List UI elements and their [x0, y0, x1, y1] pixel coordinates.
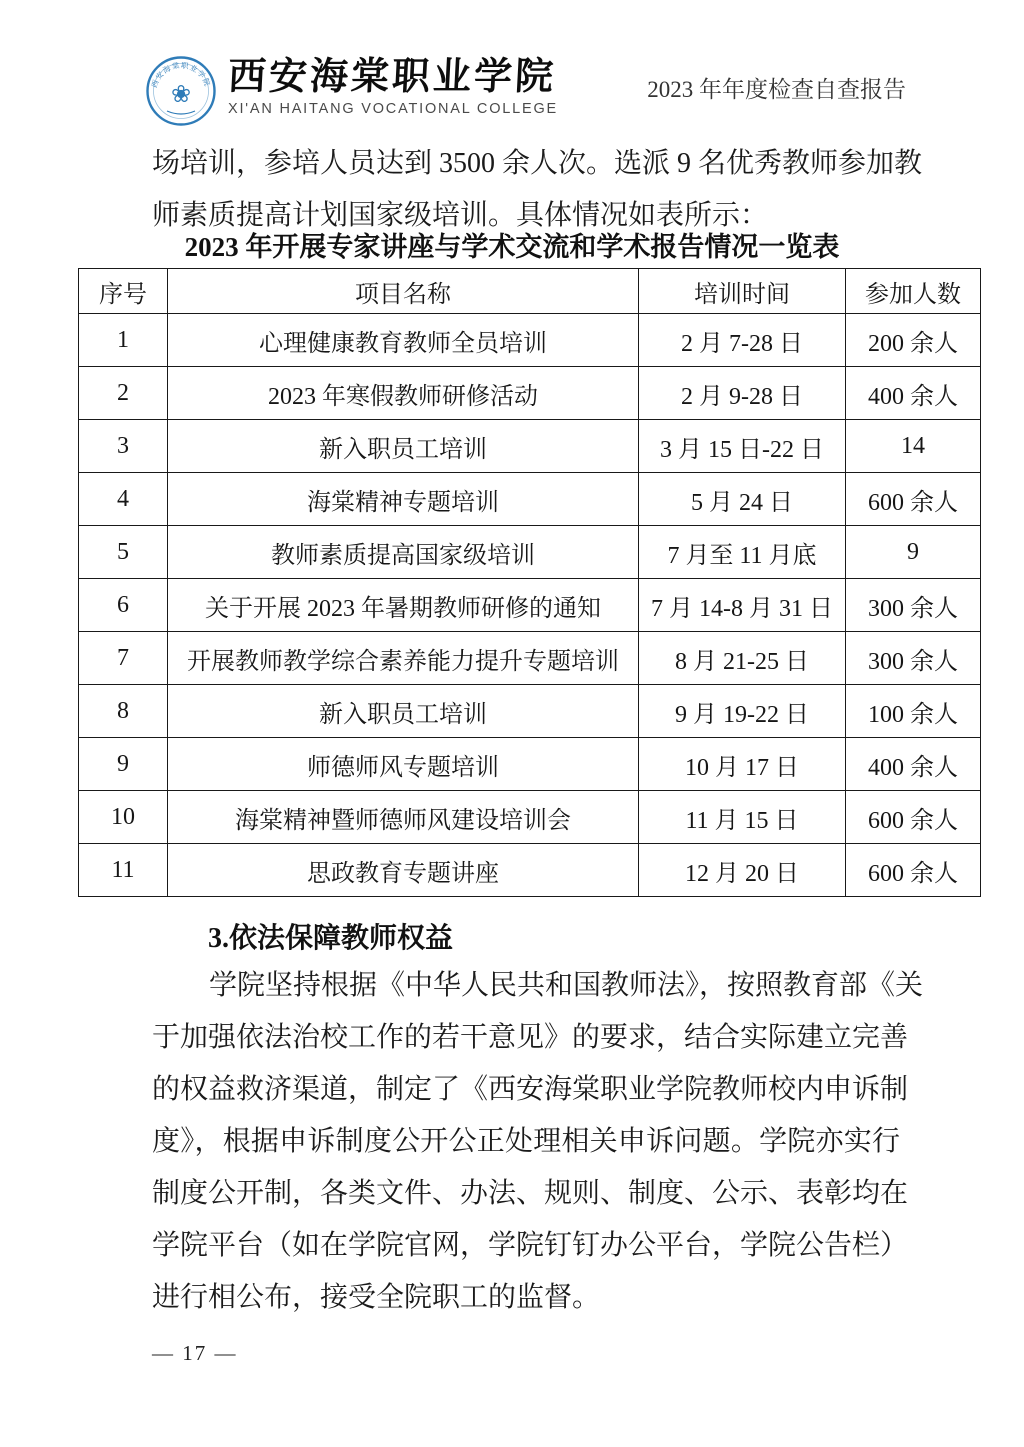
col-header-index: 序号 — [79, 269, 168, 314]
cell-index: 6 — [79, 579, 168, 632]
cell-project-name: 海棠精神专题培训 — [168, 473, 639, 526]
cell-training-time: 11 月 15 日 — [639, 791, 846, 844]
col-header-participants: 参加人数 — [846, 269, 981, 314]
cell-index: 5 — [79, 526, 168, 579]
table-row: 5 教师素质提高国家级培训 7 月至 11 月底 9 — [79, 526, 981, 579]
cell-training-time: 9 月 19-22 日 — [639, 685, 846, 738]
cell-participants: 300 余人 — [846, 632, 981, 685]
cell-training-time: 10 月 17 日 — [639, 738, 846, 791]
cell-participants: 300 余人 — [846, 579, 981, 632]
cell-index: 11 — [79, 844, 168, 897]
cell-training-time: 3 月 15 日-22 日 — [639, 420, 846, 473]
paragraph-line: 的权益救济渠道，制定了《西安海棠职业学院教师校内申诉制 — [152, 1064, 900, 1116]
page-number: — 17 — — [152, 1341, 238, 1366]
flower-icon: ❀ — [171, 82, 191, 108]
table-header-row: 序号 项目名称 培训时间 参加人数 — [79, 269, 981, 314]
paragraph-line: 于加强依法治校工作的若干意见》的要求，结合实际建立完善 — [152, 1012, 900, 1064]
table-row: 2 2023 年寒假教师研修活动 2 月 9-28 日 400 余人 — [79, 367, 981, 420]
college-seal-logo: 西安海棠职业学院 ❀ — [145, 55, 217, 127]
cell-index: 8 — [79, 685, 168, 738]
cell-index: 1 — [79, 314, 168, 367]
cell-project-name: 海棠精神暨师德师风建设培训会 — [168, 791, 639, 844]
cell-training-time: 2 月 7-28 日 — [639, 314, 846, 367]
table-row: 3 新入职员工培训 3 月 15 日-22 日 14 — [79, 420, 981, 473]
cell-project-name: 心理健康教育教师全员培训 — [168, 314, 639, 367]
cell-project-name: 新入职员工培训 — [168, 420, 639, 473]
training-table: 序号 项目名称 培训时间 参加人数 1 心理健康教育教师全员培训 2 月 7-2… — [78, 268, 981, 897]
cell-index: 7 — [79, 632, 168, 685]
cell-training-time: 12 月 20 日 — [639, 844, 846, 897]
paragraph-line: 度》，根据申诉制度公开公正处理相关申诉问题。学院亦实行 — [152, 1116, 900, 1168]
table-row: 1 心理健康教育教师全员培训 2 月 7-28 日 200 余人 — [79, 314, 981, 367]
cell-participants: 600 余人 — [846, 791, 981, 844]
table-title: 2023 年开展专家讲座与学术交流和学术报告情况一览表 — [77, 230, 947, 264]
cell-participants: 400 余人 — [846, 738, 981, 791]
intro-paragraph: 场培训，参培人员达到 3500 余人次。选派 9 名优秀教师参加教 师素质提高计… — [152, 138, 900, 242]
col-header-project: 项目名称 — [168, 269, 639, 314]
paragraph-line: 场培训，参培人员达到 3500 余人次。选派 9 名优秀教师参加教 — [152, 138, 900, 190]
cell-participants: 100 余人 — [846, 685, 981, 738]
section-paragraph: 学院坚持根据《中华人民共和国教师法》，按照教育部《关 于加强依法治校工作的若干意… — [152, 960, 900, 1324]
table-row: 9 师德师风专题培训 10 月 17 日 400 余人 — [79, 738, 981, 791]
cell-training-time: 5 月 24 日 — [639, 473, 846, 526]
table-row: 6 关于开展 2023 年暑期教师研修的通知 7 月 14-8 月 31 日 3… — [79, 579, 981, 632]
cell-index: 2 — [79, 367, 168, 420]
cell-participants: 14 — [846, 420, 981, 473]
college-name-en: XI'AN HAITANG VOCATIONAL COLLEGE — [228, 101, 648, 117]
document-page: 西安海棠职业学院 ❀ 西安海棠职业学院 XI'AN HAITANG VOCATI… — [0, 0, 1024, 1447]
cell-project-name: 开展教师教学综合素养能力提升专题培训 — [168, 632, 639, 685]
paragraph-line: 制度公开制，各类文件、办法、规则、制度、公示、表彰均在 — [152, 1168, 900, 1220]
paragraph-line: 进行相公布，接受全院职工的监督。 — [152, 1272, 900, 1324]
cell-training-time: 8 月 21-25 日 — [639, 632, 846, 685]
cell-project-name: 2023 年寒假教师研修活动 — [168, 367, 639, 420]
table-row: 7 开展教师教学综合素养能力提升专题培训 8 月 21-25 日 300 余人 — [79, 632, 981, 685]
col-header-time: 培训时间 — [639, 269, 846, 314]
college-name-cn: 西安海棠职业学院 — [227, 54, 649, 100]
section-heading: 3.依法保障教师权益 — [208, 922, 453, 956]
table-row: 4 海棠精神专题培训 5 月 24 日 600 余人 — [79, 473, 981, 526]
cell-training-time: 2 月 9-28 日 — [639, 367, 846, 420]
cell-index: 3 — [79, 420, 168, 473]
cell-training-time: 7 月至 11 月底 — [639, 526, 846, 579]
cell-participants: 600 余人 — [846, 844, 981, 897]
cell-project-name: 新入职员工培训 — [168, 685, 639, 738]
cell-participants: 9 — [846, 526, 981, 579]
cell-index: 9 — [79, 738, 168, 791]
cell-participants: 400 余人 — [846, 367, 981, 420]
table-row: 10 海棠精神暨师德师风建设培训会 11 月 15 日 600 余人 — [79, 791, 981, 844]
paragraph-line: 学院平台（如在学院官网，学院钉钉办公平台，学院公告栏） — [152, 1220, 900, 1272]
cell-participants: 600 余人 — [846, 473, 981, 526]
cell-project-name: 思政教育专题讲座 — [168, 844, 639, 897]
cell-index: 10 — [79, 791, 168, 844]
college-name-block: 西安海棠职业学院 XI'AN HAITANG VOCATIONAL COLLEG… — [228, 54, 648, 117]
cell-project-name: 师德师风专题培训 — [168, 738, 639, 791]
table-row: 11 思政教育专题讲座 12 月 20 日 600 余人 — [79, 844, 981, 897]
report-title: 2023 年年度检查自查报告 — [600, 71, 906, 104]
cell-participants: 200 余人 — [846, 314, 981, 367]
cell-project-name: 关于开展 2023 年暑期教师研修的通知 — [168, 579, 639, 632]
paragraph-line: 学院坚持根据《中华人民共和国教师法》，按照教育部《关 — [152, 960, 900, 1012]
table-row: 8 新入职员工培训 9 月 19-22 日 100 余人 — [79, 685, 981, 738]
college-seal-icon: 西安海棠职业学院 ❀ — [145, 55, 217, 127]
cell-project-name: 教师素质提高国家级培训 — [168, 526, 639, 579]
cell-training-time: 7 月 14-8 月 31 日 — [639, 579, 846, 632]
cell-index: 4 — [79, 473, 168, 526]
